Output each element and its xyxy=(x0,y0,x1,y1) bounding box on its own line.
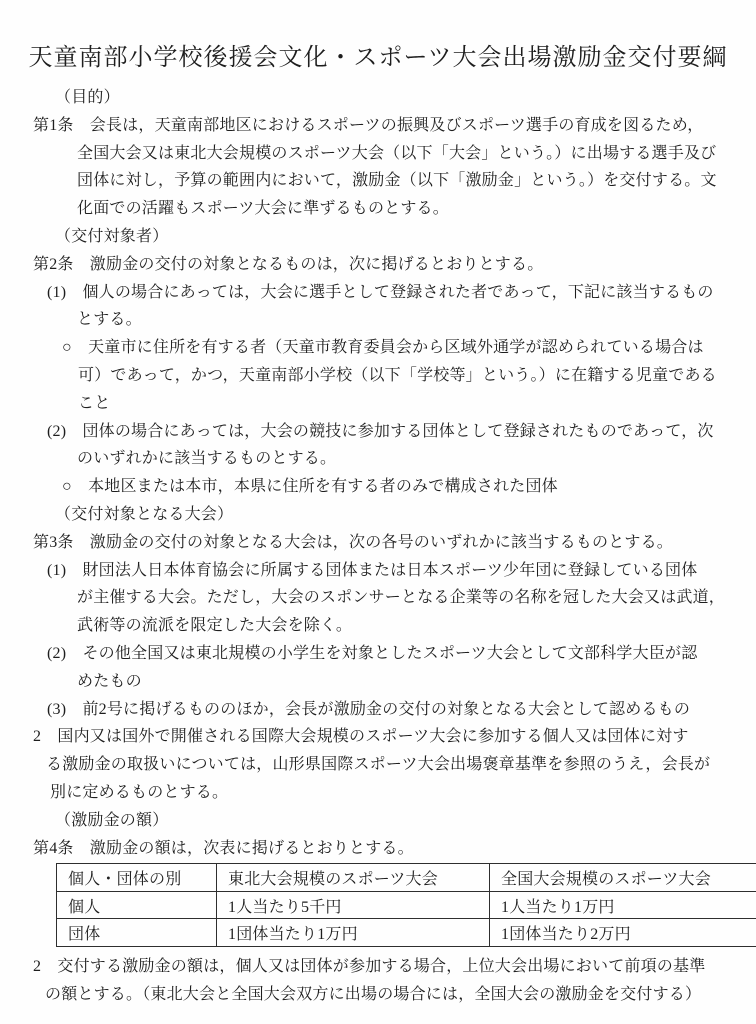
text-line: （交付対象となる大会） xyxy=(55,501,756,529)
text-line: めたもの xyxy=(77,668,756,696)
table-row: 個人 1人当たり5千円 1人当たり1万円 xyxy=(57,891,756,919)
text-line: (1) 財団法人日本体育協会に所属する団体または日本スポーツ少年団に登録している… xyxy=(47,557,756,585)
document-page: 天童南部小学校後援会文化・スポーツ大会出場激励金交付要綱 （目的） 第1条 会長… xyxy=(0,0,756,1024)
text-line: (3) 前2号に掲げるもののほか，会長が激励金の交付の対象となる大会として認める… xyxy=(47,696,756,724)
text-line: 第4条 激励金の額は，次表に掲げるとおりとする。 xyxy=(33,835,756,863)
text-line: 2 交付する激励金の額は，個人又は団体が参加する場合，上位大会出場において前項の… xyxy=(33,953,756,981)
text-line: の額とする。（東北大会と全国大会双方に出場の場合には，全国大会の激励金を交付する… xyxy=(45,981,756,1009)
text-line: （激励金の額） xyxy=(55,807,756,835)
table-cell: 1人当たり5千円 xyxy=(217,891,490,919)
text-line: こと xyxy=(78,390,756,418)
table-cell: 団体 xyxy=(57,919,217,947)
text-line: (1) 個人の場合にあっては，大会に選手として登録された者であって，下記に該当す… xyxy=(47,279,756,307)
table-header-cell: 個人・団体の別 xyxy=(57,864,217,892)
text-line: 団体に対し，予算の範囲内において，激励金（以下「激励金」という。）を交付する。文 xyxy=(77,167,756,195)
text-line: 第2条 激励金の交付の対象となるものは，次に掲げるとおりとする。 xyxy=(33,251,756,279)
table-cell: 1団体当たり1万円 xyxy=(217,919,490,947)
table-row: 団体 1団体当たり1万円 1団体当たり2万円 xyxy=(57,919,756,947)
document-footer-paragraph: 2 交付する激励金の額は，個人又は団体が参加する場合，上位大会出場において前項の… xyxy=(0,953,756,1009)
text-line: が主催する大会。ただし，大会のスポンサーとなる企業等の名称を冠した大会又は武道， xyxy=(77,584,756,612)
table-header-cell: 全国大会規模のスポーツ大会 xyxy=(490,864,756,892)
text-line: 別に定めるものとする。 xyxy=(50,779,756,807)
table-cell: 1団体当たり2万円 xyxy=(490,919,756,947)
text-line: る激励金の取扱いについては，山形県国際スポーツ大会出場褒章基準を参照のうえ，会長… xyxy=(46,751,756,779)
text-line: 第3条 激励金の交付の対象となる大会は，次の各号のいずれかに該当するものとする。 xyxy=(33,529,756,557)
table-header-row: 個人・団体の別 東北大会規模のスポーツ大会 全国大会規模のスポーツ大会 xyxy=(57,864,756,892)
text-line: (2) 団体の場合にあっては，大会の競技に参加する団体として登録されたものであっ… xyxy=(47,418,756,446)
text-line: ○ 本地区または本市，本県に住所を有する者のみで構成された団体 xyxy=(62,473,756,501)
table-cell: 1人当たり1万円 xyxy=(490,891,756,919)
text-line: （交付対象者） xyxy=(55,223,756,251)
text-line: （目的） xyxy=(55,84,756,112)
text-line: のいずれかに該当するものとする。 xyxy=(77,445,756,473)
document-body: （目的） 第1条 会長は，天童南部地区におけるスポーツの振興及びスポーツ選手の育… xyxy=(0,84,756,862)
text-line: 可）であって，かつ，天童南部小学校（以下「学校等」という。）に在籍する児童である xyxy=(78,362,756,390)
text-line: 武術等の流派を限定した大会を除く。 xyxy=(77,612,756,640)
text-line: ○ 天童市に住所を有する者（天童市教育委員会から区域外通学が認められている場合は xyxy=(62,334,756,362)
table-header-cell: 東北大会規模のスポーツ大会 xyxy=(217,864,490,892)
text-line: 2 国内又は国外で開催される国際大会規模のスポーツ大会に参加する個人又は団体に対… xyxy=(33,723,756,751)
text-line: 第1条 会長は，天童南部地区におけるスポーツの振興及びスポーツ選手の育成を図るた… xyxy=(33,112,756,140)
text-line: 全国大会又は東北大会規模のスポーツ大会（以下「大会」という。）に出場する選手及び xyxy=(77,140,756,168)
text-line: とする。 xyxy=(77,306,756,334)
document-title: 天童南部小学校後援会文化・スポーツ大会出場激励金交付要綱 xyxy=(0,0,756,76)
table-cell: 個人 xyxy=(57,891,217,919)
subsidy-amount-table: 個人・団体の別 東北大会規模のスポーツ大会 全国大会規模のスポーツ大会 個人 1… xyxy=(56,863,756,947)
text-line: (2) その他全国又は東北規模の小学生を対象としたスポーツ大会として文部科学大臣… xyxy=(47,640,756,668)
text-line: 化面での活躍もスポーツ大会に準ずるものとする。 xyxy=(77,195,756,223)
